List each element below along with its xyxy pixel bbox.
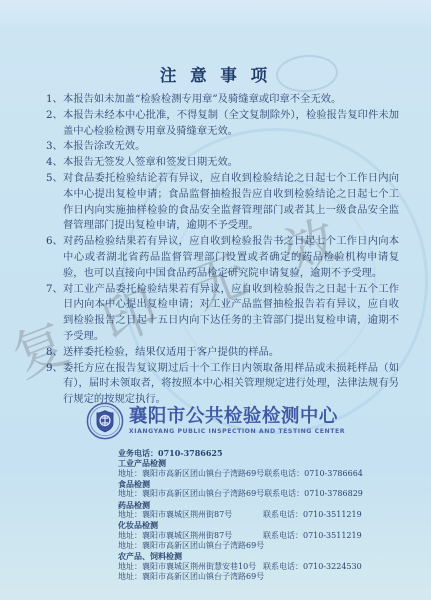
item-text: 对药品检验结果若有异议，应自收到检验报告书之日起七个工作日内向本中心或者湖北省药… — [63, 234, 399, 281]
item-number: 7、 — [46, 282, 63, 345]
center-seal-icon — [86, 402, 124, 440]
notice-item: 7、 对工业产品委托检验结果若有异议，应自收到检验报告之日起十五个工作日内向本中… — [46, 282, 399, 345]
contact-address: 地址：襄阳市襄城区荆州街87号 — [118, 510, 263, 520]
contact-address: 地址：襄阳市高新区团山镇台子湾路69号 — [118, 489, 264, 499]
contact-section-title: 药品检测 — [118, 500, 418, 510]
contact-address: 地址：襄阳市高新区团山镇台子湾路69号 — [118, 541, 264, 551]
center-names: 襄阳市公共检验检测中心 XIANGYANG PUBLIC INSPECTION … — [129, 407, 345, 435]
notice-item: 9、 委托方应在报告复议期过后十个工作日内领取备用样品或未损耗样品（如有），届时… — [46, 361, 399, 408]
contact-section-title: 化妆品检测 — [118, 520, 418, 530]
contact-line: 地址：襄阳市襄城区荆州街87号 联系电话：0710-3511219 — [118, 531, 418, 541]
contact-line: 地址：襄阳市高新区团山镇台子湾路69号 — [118, 541, 418, 551]
item-text: 本报告如未加盖“检验检测专用章”及骑缝章或印章不全无效。 — [63, 92, 399, 108]
contact-address: 地址：襄阳市高新区团山镇台子湾路69号 — [118, 469, 264, 479]
item-number: 6、 — [46, 234, 63, 281]
notice-item: 3、 本报告涂改无效。 — [46, 139, 399, 155]
item-text: 对食品委托检验结论若有异议，应自收到检验结论之日起七个工作日内向本中心提出复检申… — [63, 171, 399, 234]
item-text: 委托方应在报告复议期过后十个工作日内领取备用样品或未损耗样品（如有），届时未领取… — [63, 361, 399, 408]
notice-item: 4、 本报告无签发人签章和签发日期无效。 — [46, 155, 399, 171]
item-number: 1、 — [46, 92, 63, 108]
contact-line: 地址：襄阳市襄城区荆州街慧安巷10号 联系电话：0710-3224530 — [118, 562, 418, 572]
item-number: 8、 — [46, 345, 63, 361]
scanned-notice-page: 复印无效 注 意 事 项 1、 本报告如未加盖“检验检测专用章”及骑缝章或印章不… — [0, 0, 431, 600]
notice-item: 5、 对食品委托检验结论若有异议，应自收到检验结论之日起七个工作日内向本中心提出… — [46, 171, 399, 234]
contact-section-title: 工业产品检测 — [118, 458, 418, 468]
contact-address: 地址：襄阳市高新区团山镇台子湾路69号 — [118, 572, 264, 582]
notice-item: 6、 对药品检验结果若有异议，应自收到检验报告书之日起七个工作日内向本中心或者湖… — [46, 234, 399, 281]
page-title: 注 意 事 项 — [0, 62, 431, 86]
service-phone: 业务电话：0710-3786625 — [118, 448, 418, 458]
contact-line: 地址：襄阳市高新区团山镇台子湾路69号 联系电话：0710-3786829 — [118, 489, 418, 499]
notice-list: 1、 本报告如未加盖“检验检测专用章”及骑缝章或印章不全无效。 2、 本报告未经… — [46, 92, 399, 408]
item-number: 3、 — [46, 139, 63, 155]
item-text: 本报告无签发人签章和签发日期无效。 — [63, 155, 399, 171]
contact-address: 地址：襄阳市襄城区荆州街87号 — [118, 531, 263, 541]
item-text: 送样委托检验，结果仅适用于客户提供的样品。 — [63, 345, 399, 361]
center-identity: 襄阳市公共检验检测中心 XIANGYANG PUBLIC INSPECTION … — [0, 402, 431, 440]
contact-line: 地址：襄阳市高新区团山镇台子湾路69号 联系电话：0710-3786664 — [118, 469, 418, 479]
notice-item: 8、 送样委托检验，结果仅适用于客户提供的样品。 — [46, 345, 399, 361]
contact-phone: 联系电话：0710-3511219 — [263, 510, 362, 520]
item-number: 5、 — [46, 171, 63, 234]
item-text: 对工业产品委托检验结果若有异议，应自收到检验报告之日起十五个工作日内向本中心提出… — [63, 282, 399, 345]
notice-item: 1、 本报告如未加盖“检验检测专用章”及骑缝章或印章不全无效。 — [46, 92, 399, 108]
item-number: 2、 — [46, 108, 63, 140]
center-name-cn: 襄阳市公共检验检测中心 — [129, 407, 338, 427]
contact-phone: 联系电话：0710-3511219 — [263, 531, 362, 541]
contact-phone: 联系电话：0710-3224530 — [263, 562, 362, 572]
contact-line: 地址：襄阳市高新区团山镇台子湾路69号 — [118, 572, 418, 582]
contact-phone: 联系电话：0710-3786829 — [264, 489, 363, 499]
item-text: 本报告涂改无效。 — [63, 139, 399, 155]
item-text: 本报告未经本中心批准，不得复制（全文复制除外），检验报告复印件未加盖中心检验检测… — [63, 108, 399, 140]
notice-item: 2、 本报告未经本中心批准，不得复制（全文复制除外），检验报告复印件未加盖中心检… — [46, 108, 399, 140]
contact-section-title: 食品检测 — [118, 479, 418, 489]
item-number: 9、 — [46, 361, 63, 408]
contact-section-title: 农产品、饲料检测 — [118, 551, 418, 561]
item-number: 4、 — [46, 155, 63, 171]
contact-phone: 联系电话：0710-3786664 — [264, 469, 363, 479]
contact-address: 地址：襄阳市襄城区荆州街慧安巷10号 — [118, 562, 263, 572]
contact-block: 业务电话：0710-3786625 工业产品检测 地址：襄阳市高新区团山镇台子湾… — [118, 448, 418, 582]
center-name-en: XIANGYANG PUBLIC INSPECTION AND TESTING … — [129, 428, 345, 435]
contact-line: 地址：襄阳市襄城区荆州街87号 联系电话：0710-3511219 — [118, 510, 418, 520]
